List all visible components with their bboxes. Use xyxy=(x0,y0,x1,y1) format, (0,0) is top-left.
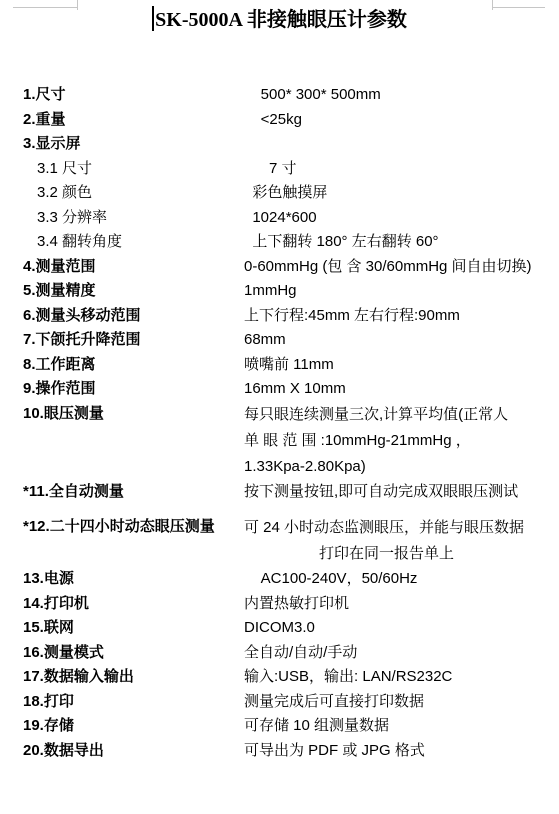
spec-row: 5.测量精度1mmHg xyxy=(0,279,559,304)
spec-value-line: 7 寸 xyxy=(244,157,559,182)
text-cursor-caret xyxy=(152,6,154,31)
spec-value: 可存储 10 组测量数据 xyxy=(244,714,559,739)
spec-row: 18.打印测量完成后可直接打印数据 xyxy=(0,690,559,715)
spec-row: 3.4 翻转角度 上下翻转 180° 左右翻转 60° xyxy=(0,230,559,255)
spec-value-line: 上下行程:45mm 左右行程:90mm xyxy=(244,304,559,329)
spec-value-line: 上下翻转 180° 左右翻转 60° xyxy=(244,230,559,255)
spec-row: 17.数据输入输出输入:USB，输出: LAN/RS232C xyxy=(0,665,559,690)
spec-label: 4.测量范围 xyxy=(0,255,244,280)
spec-value-line: 1024*600 xyxy=(244,206,559,231)
spec-label: 3.4 翻转角度 xyxy=(0,230,244,255)
spec-row: 9.操作范围16mm X 10mm xyxy=(0,377,559,402)
spec-label: 9.操作范围 xyxy=(0,377,244,402)
spec-label: 3.显示屏 xyxy=(0,132,244,157)
spec-label: 1.尺寸 xyxy=(0,83,244,108)
spec-value: 按下测量按钮,即可自动完成双眼眼压测试 xyxy=(244,480,559,505)
spec-label: 3.1 尺寸 xyxy=(0,157,244,182)
spec-label: 19.存储 xyxy=(0,714,244,739)
spec-value: 可导出为 PDF 或 JPG 格式 xyxy=(244,739,559,764)
spec-value: 每只眼连续测量三次,计算平均值(正常人单 眼 范 围 :10mmHg-21mmH… xyxy=(244,402,559,480)
spec-label: 13.电源 xyxy=(0,567,244,592)
spec-label: *11.全自动测量 xyxy=(0,480,244,505)
spec-value-line: 单 眼 范 围 :10mmHg-21mmHg ， xyxy=(244,428,559,454)
spec-row: 3.显示屏 xyxy=(0,132,559,157)
spec-label: *12.二十四小时动态眼压测量 xyxy=(0,515,244,540)
spec-row: *11.全自动测量按下测量按钮,即可自动完成双眼眼压测试 xyxy=(0,480,559,505)
spec-value-line: 全自动/自动/手动 xyxy=(244,641,559,666)
spec-value-line: DICOM3.0 xyxy=(244,616,559,641)
spec-label: 10.眼压测量 xyxy=(0,402,244,427)
spec-value: <25kg xyxy=(244,108,559,133)
spec-label: 16.测量模式 xyxy=(0,641,244,666)
crop-mark-top-left-horizontal xyxy=(13,7,77,8)
spec-value: 0-60mmHg (包 含 30/60mmHg 间自由切换) xyxy=(244,255,559,280)
spec-row: 4.测量范围0-60mmHg (包 含 30/60mmHg 间自由切换) xyxy=(0,255,559,280)
spec-label: 6.测量头移动范围 xyxy=(0,304,244,329)
document-page[interactable]: SK-5000A 非接触眼压计参数 1.尺寸 500* 300* 500mm2.… xyxy=(0,0,559,814)
spec-value: 68mm xyxy=(244,328,559,353)
spec-row: 2.重量 <25kg xyxy=(0,108,559,133)
spec-value: 500* 300* 500mm xyxy=(244,83,559,108)
spec-value: 彩色触摸屏 xyxy=(244,181,559,206)
spec-row: 1.尺寸 500* 300* 500mm xyxy=(0,83,559,108)
page-title-text: SK-5000A 非接触眼压计参数 xyxy=(155,9,407,31)
spec-value-line: 1mmHg xyxy=(244,279,559,304)
spec-value: 1024*600 xyxy=(244,206,559,231)
spec-label: 18.打印 xyxy=(0,690,244,715)
spec-value: DICOM3.0 xyxy=(244,616,559,641)
spec-label: 2.重量 xyxy=(0,108,244,133)
spec-label: 15.联网 xyxy=(0,616,244,641)
spec-row: 15.联网DICOM3.0 xyxy=(0,616,559,641)
spec-value-line: 500* 300* 500mm xyxy=(244,83,559,108)
spec-value: 可 24 小时动态监测眼压，并能与眼压数据打印在同一报告单上 xyxy=(244,515,559,567)
spec-list: 1.尺寸 500* 300* 500mm2.重量 <25kg3.显示屏3.1 尺… xyxy=(0,83,559,763)
spec-value: 内置热敏打印机 xyxy=(244,592,559,617)
spec-value: 7 寸 xyxy=(244,157,559,182)
spec-row: 13.电源 AC100-240V，50/60Hz xyxy=(0,567,559,592)
spec-value-line: 输入:USB，输出: LAN/RS232C xyxy=(244,665,559,690)
spec-value-line: 彩色触摸屏 xyxy=(244,181,559,206)
crop-mark-top-left-vertical xyxy=(77,0,78,10)
spec-value-line: 可导出为 PDF 或 JPG 格式 xyxy=(244,739,559,764)
spec-value-line: 16mm X 10mm xyxy=(244,377,559,402)
spec-value-line: 喷嘴前 11mm xyxy=(244,353,559,378)
spec-value: 全自动/自动/手动 xyxy=(244,641,559,666)
spec-value-line: 打印在同一报告单上 xyxy=(244,541,559,567)
spec-value-line: <25kg xyxy=(244,108,559,133)
spec-label: 7.下颌托升降范围 xyxy=(0,328,244,353)
spec-value-line: 68mm xyxy=(244,328,559,353)
spec-row: 14.打印机内置热敏打印机 xyxy=(0,592,559,617)
spec-value-line: 可存储 10 组测量数据 xyxy=(244,714,559,739)
crop-mark-top-right-vertical xyxy=(492,0,493,10)
spec-value-line: 0-60mmHg (包 含 30/60mmHg 间自由切换) xyxy=(244,255,559,280)
spec-value: 输入:USB，输出: LAN/RS232C xyxy=(244,665,559,690)
spec-row: 19.存储可存储 10 组测量数据 xyxy=(0,714,559,739)
spec-value-line: 可 24 小时动态监测眼压，并能与眼压数据 xyxy=(244,515,559,541)
spec-value: 1mmHg xyxy=(244,279,559,304)
spec-row: 16.测量模式全自动/自动/手动 xyxy=(0,641,559,666)
spec-value-line: 按下测量按钮,即可自动完成双眼眼压测试 xyxy=(244,480,559,505)
spec-value-line: 1.33Kpa-2.80Kpa) xyxy=(244,454,559,480)
spec-value: 上下行程:45mm 左右行程:90mm xyxy=(244,304,559,329)
spec-value-line: AC100-240V，50/60Hz xyxy=(244,567,559,592)
spec-row: 3.2 颜色 彩色触摸屏 xyxy=(0,181,559,206)
page-title: SK-5000A 非接触眼压计参数 xyxy=(0,0,559,34)
spec-label: 3.2 颜色 xyxy=(0,181,244,206)
crop-mark-top-right-horizontal xyxy=(492,7,545,8)
spec-label: 8.工作距离 xyxy=(0,353,244,378)
spec-row: 8.工作距离喷嘴前 11mm xyxy=(0,353,559,378)
spec-value: 16mm X 10mm xyxy=(244,377,559,402)
spec-value: 上下翻转 180° 左右翻转 60° xyxy=(244,230,559,255)
spec-label: 14.打印机 xyxy=(0,592,244,617)
spec-row: 6.测量头移动范围上下行程:45mm 左右行程:90mm xyxy=(0,304,559,329)
spec-row: 3.3 分辨率 1024*600 xyxy=(0,206,559,231)
spec-label: 5.测量精度 xyxy=(0,279,244,304)
spec-value: AC100-240V，50/60Hz xyxy=(244,567,559,592)
spec-row: 10.眼压测量每只眼连续测量三次,计算平均值(正常人单 眼 范 围 :10mmH… xyxy=(0,402,559,480)
spec-label: 17.数据输入输出 xyxy=(0,665,244,690)
spec-label: 3.3 分辨率 xyxy=(0,206,244,231)
spec-row: 20.数据导出可导出为 PDF 或 JPG 格式 xyxy=(0,739,559,764)
spec-label: 20.数据导出 xyxy=(0,739,244,764)
spec-row: 3.1 尺寸 7 寸 xyxy=(0,157,559,182)
spec-row: *12.二十四小时动态眼压测量可 24 小时动态监测眼压，并能与眼压数据打印在同… xyxy=(0,515,559,567)
spec-value: 喷嘴前 11mm xyxy=(244,353,559,378)
spec-value-line: 内置热敏打印机 xyxy=(244,592,559,617)
spec-value-line: 测量完成后可直接打印数据 xyxy=(244,690,559,715)
spec-value-line: 每只眼连续测量三次,计算平均值(正常人 xyxy=(244,402,559,428)
spec-value: 测量完成后可直接打印数据 xyxy=(244,690,559,715)
spec-row: 7.下颌托升降范围68mm xyxy=(0,328,559,353)
